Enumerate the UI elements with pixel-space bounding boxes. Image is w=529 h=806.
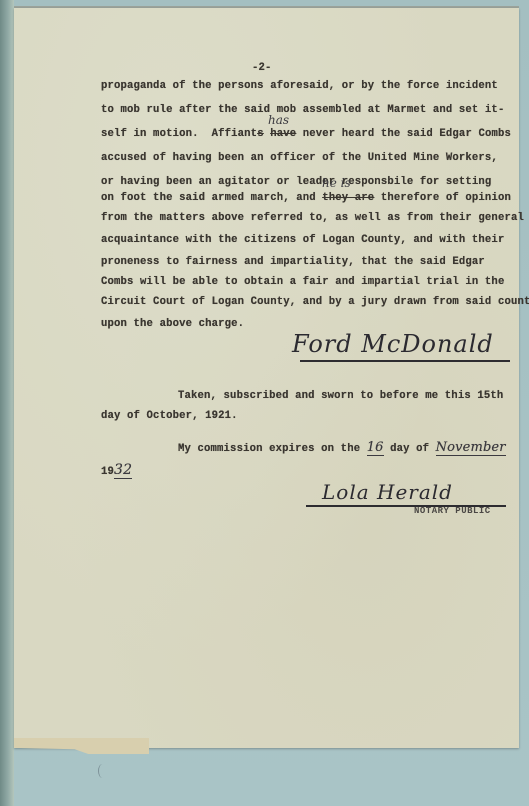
commission-month: November bbox=[436, 440, 506, 456]
line3-after: never heard the said Edgar Combs bbox=[296, 128, 511, 140]
notary-signature: Lola Herald bbox=[322, 480, 453, 504]
body-line-2: to mob rule after the said mob assembled… bbox=[101, 104, 504, 116]
line6-after: therefore of opinion bbox=[374, 192, 511, 204]
body-line-8: acquaintance with the citizens of Logan … bbox=[101, 234, 504, 246]
page-number: -2- bbox=[252, 62, 272, 74]
notary-title: NOTARY PUBLIC bbox=[414, 506, 491, 516]
commission-year-line: 1932 bbox=[101, 462, 132, 478]
backing-mark bbox=[98, 764, 107, 778]
line3-before: self in motion. Affiant bbox=[101, 128, 257, 140]
body-line-9: proneness to fairness and impartiality, … bbox=[101, 256, 485, 268]
jurat-line-2: day of October, 1921. bbox=[101, 410, 238, 422]
struck-have: have bbox=[270, 128, 296, 140]
commission-line: My commission expires on the 16 day of N… bbox=[178, 440, 506, 455]
body-line-5: or having been an agitator or leader res… bbox=[101, 176, 491, 188]
commission-year-prefix: 19 bbox=[101, 466, 114, 478]
handwritten-he-is: he is bbox=[322, 176, 351, 190]
handwritten-has: has bbox=[268, 113, 289, 127]
body-line-6: on foot the said armed march, and they a… bbox=[101, 192, 511, 204]
commission-year: 32 bbox=[114, 462, 132, 479]
body-line-7: from the matters above referred to, as w… bbox=[101, 212, 524, 224]
body-line-4: accused of having been an officer of the… bbox=[101, 152, 498, 164]
affiant-signature-line bbox=[300, 360, 510, 362]
body-line-11: Circuit Court of Logan County, and by a … bbox=[101, 296, 529, 308]
document-page bbox=[14, 8, 519, 748]
commission-prefix: My commission expires on the bbox=[178, 443, 367, 455]
binding-edge bbox=[0, 0, 14, 806]
commission-day: 16 bbox=[367, 440, 384, 456]
body-line-1: propaganda of the persons aforesaid, or … bbox=[101, 80, 498, 92]
body-line-12: upon the above charge. bbox=[101, 318, 244, 330]
body-line-10: Combs will be able to obtain a fair and … bbox=[101, 276, 504, 288]
commission-middle: day of bbox=[384, 443, 436, 455]
struck-they-are: they are bbox=[322, 192, 374, 204]
jurat-line-1: Taken, subscribed and sworn to before me… bbox=[178, 390, 503, 402]
body-line-3: self in motion. Affiants have never hear… bbox=[101, 128, 511, 140]
line6-before: on foot the said armed march, and bbox=[101, 192, 322, 204]
affiant-signature: Ford McDonald bbox=[292, 330, 494, 358]
